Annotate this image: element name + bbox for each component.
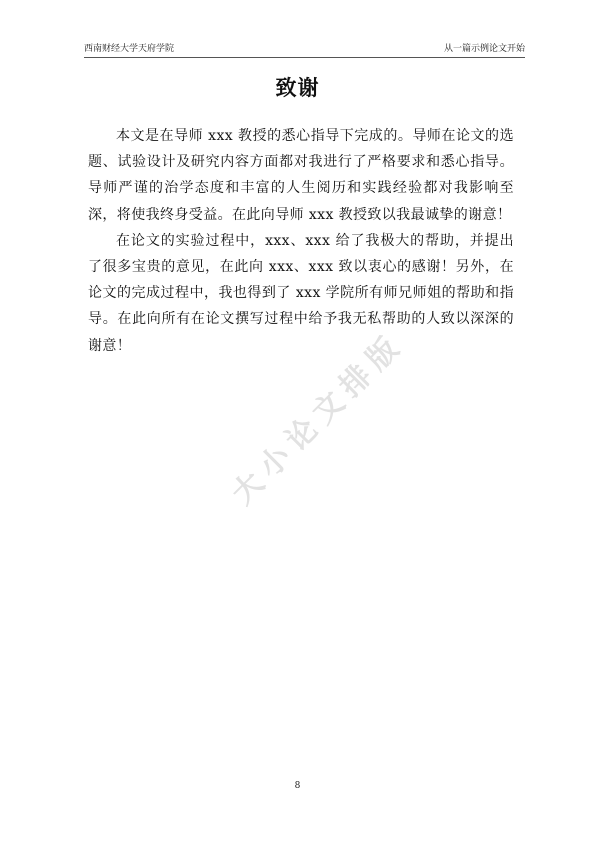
page-number: 8 <box>0 781 595 791</box>
paragraph-1: 本文是在导师 xxx 教授的悉心指导下完成的。导师在论文的选题、试验设计及研究内… <box>88 123 514 228</box>
header-institution: 西南财经大学天府学院 <box>84 43 174 57</box>
acknowledgement-body: 本文是在导师 xxx 教授的悉心指导下完成的。导师在论文的选题、试验设计及研究内… <box>88 123 514 359</box>
section-title: 致谢 <box>0 72 595 102</box>
page-header: 西南财经大学天府学院 从一篇示例论文开始 <box>84 40 525 58</box>
paragraph-2: 在论文的实验过程中，xxx、xxx 给了我极大的帮助，并提出了很多宝贵的意见，在… <box>88 228 514 359</box>
header-document-title: 从一篇示例论文开始 <box>444 43 525 57</box>
